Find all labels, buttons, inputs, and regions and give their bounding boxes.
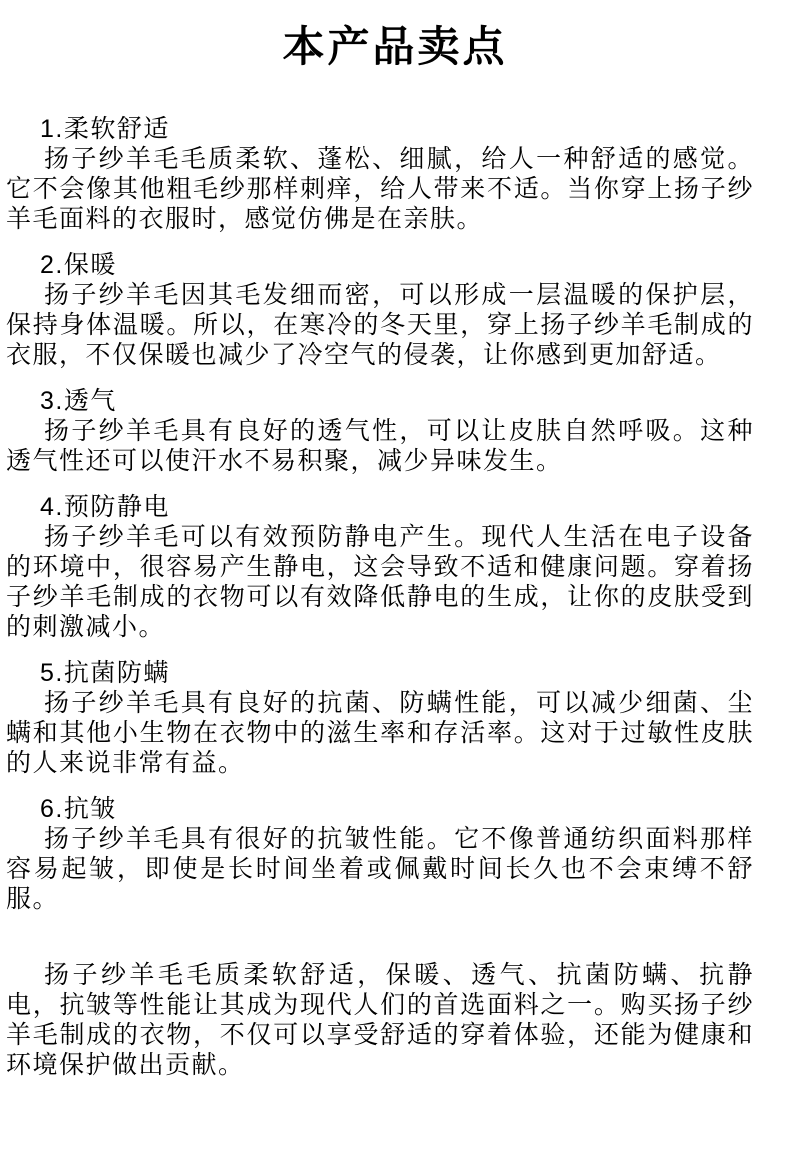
section-body: 扬子纱羊毛可以有效预防静电产生。现代人生活在电子设备的环境中，很容易产生静电，这… [6,522,754,642]
section-heading: 5.抗菌防螨 [6,658,754,688]
section-anti-static: 4.预防静电 扬子纱羊毛可以有效预防静电产生。现代人生活在电子设备的环境中，很容… [0,492,790,642]
section-body: 扬子纱羊毛具有良好的透气性，可以让皮肤自然呼吸。这种透气性还可以使汗水不易积聚，… [6,416,754,476]
section-wrinkle-resistant: 6.抗皱 扬子纱羊毛具有很好的抗皱性能。它不像普通纺织面料那样容易起皱，即使是长… [0,794,790,914]
section-heading: 2.保暖 [6,250,754,280]
section-body: 扬子纱羊毛具有很好的抗皱性能。它不像普通纺织面料那样容易起皱，即使是长时间坐着或… [6,824,754,914]
section-warmth: 2.保暖 扬子纱羊毛因其毛发细而密，可以形成一层温暖的保护层，保持身体温暖。所以… [0,250,790,370]
closing-paragraph: 扬子纱羊毛毛质柔软舒适，保暖、透气、抗菌防螨、抗静电，抗皱等性能让其成为现代人们… [6,960,754,1080]
product-selling-points-page: 本产品卖点 1.柔软舒适 扬子纱羊毛毛质柔软、蓬松、细腻，给人一种舒适的感觉。它… [0,0,790,1171]
section-breathable: 3.透气 扬子纱羊毛具有良好的透气性，可以让皮肤自然呼吸。这种透气性还可以使汗水… [0,386,790,476]
section-heading: 4.预防静电 [6,492,754,522]
section-heading: 3.透气 [6,386,754,416]
section-heading: 6.抗皱 [6,794,754,824]
section-heading: 1.柔软舒适 [6,114,754,144]
section-body: 扬子纱羊毛因其毛发细而密，可以形成一层温暖的保护层，保持身体温暖。所以，在寒冷的… [6,280,754,370]
page-title: 本产品卖点 [0,22,790,72]
section-soft-comfortable: 1.柔软舒适 扬子纱羊毛毛质柔软、蓬松、细腻，给人一种舒适的感觉。它不会像其他粗… [0,114,790,234]
section-body: 扬子纱羊毛毛质柔软、蓬松、细腻，给人一种舒适的感觉。它不会像其他粗毛纱那样刺痒，… [6,144,754,234]
section-antibacterial-anti-mite: 5.抗菌防螨 扬子纱羊毛具有良好的抗菌、防螨性能，可以减少细菌、尘螨和其他小生物… [0,658,790,778]
section-body: 扬子纱羊毛具有良好的抗菌、防螨性能，可以减少细菌、尘螨和其他小生物在衣物中的滋生… [6,688,754,778]
